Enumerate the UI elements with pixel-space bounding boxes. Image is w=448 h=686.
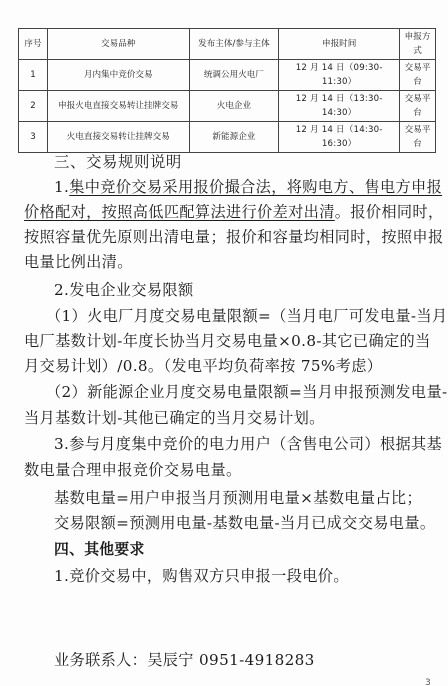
cell-trade-type: 火电直接交易转让挂牌交易: [47, 122, 189, 153]
cell-time: 12 月 14 日（13:30-14:30）: [279, 91, 400, 122]
section-4-heading: 四、其他要求: [54, 540, 438, 560]
rule-1-number: 1.: [54, 178, 69, 196]
table-row: 1 月内集中竞价交易 统调公用火电厂 12 月 14 日（09:30-11:30…: [19, 60, 436, 91]
cell-no: 3: [19, 122, 48, 153]
contact-name: 吴辰宁: [147, 651, 194, 669]
rule-2-item-1-line-2: 电厂基数计划-年度长协当月交易电量×0.8-其它已确定的当: [24, 331, 436, 351]
cell-mode: 交易平台: [400, 60, 436, 91]
rule-2-item-1-line-3: 月交易计划）/0.8。（发电平均负荷率按 75%考虑）: [24, 356, 436, 376]
trade-schedule-table: 序号 交易品种 发布主体/参与主体 申报时间 申报方式 1 月内集中竞价交易 统…: [18, 28, 436, 153]
rule-3-formula-2: 交易限额=预测用电量-基数电量-当月已成交交易电量。: [54, 513, 438, 533]
rule-2-title: 2.发电企业交易限额: [54, 280, 438, 300]
cell-time: 12 月 14 日（14:30-16:30）: [279, 122, 400, 153]
rule-1-line-3: 按照容量优先原则出清电量；报价和容量均相同时，按照申报: [24, 227, 436, 247]
cell-publisher: 火电企业: [189, 91, 279, 122]
cell-no: 2: [19, 91, 48, 122]
cell-publisher: 统调公用火电厂: [189, 60, 279, 91]
section-3-heading: 三、交易规则说明: [54, 152, 438, 172]
rule-2-item-2-line-1: （2）新能源企业月度交易电量限额=当月申报预测发电量-: [46, 382, 430, 402]
header-mode: 申报方式: [400, 29, 436, 60]
page-number: 3: [425, 678, 431, 686]
rule-2-item-2-line-2: 当月基数计划-其他已确定的当月交易计划。: [24, 408, 436, 428]
rule-3-line-1: 3.参与月度集中竞价的电力用户（含售电公司）根据其基: [54, 434, 438, 454]
header-publisher: 发布主体/参与主体: [189, 29, 279, 60]
rule-3-line-2: 数电量合理申报竞价交易电量。: [24, 460, 436, 480]
rule-1-line-2: 价格配对，按照高低匹配算法进行价差对出清。报价相同时，: [24, 202, 436, 222]
contact-phone: 0951-4918283: [199, 651, 315, 669]
contact-label: 业务联系人：: [54, 651, 147, 669]
cell-mode: 交易平台: [400, 91, 436, 122]
cell-no: 1: [19, 60, 48, 91]
rule-1-line-4: 电量比例出清。: [24, 252, 436, 272]
rule-2-item-1-line-1: （1）火电厂月度交易电量限额=（当月电厂可发电量-当月: [46, 306, 430, 326]
table-row: 3 火电直接交易转让挂牌交易 新能源企业 12 月 14 日（14:30-16:…: [19, 122, 436, 153]
table-row: 2 申报火电直接交易转让挂牌交易 火电企业 12 月 14 日（13:30-14…: [19, 91, 436, 122]
rule-1-underlined-text-2: 价格配对，按照高低匹配算法进行价差对出清: [24, 203, 335, 221]
contact-line: 业务联系人：吴辰宁 0951-4918283: [54, 650, 438, 670]
document-page: 序号 交易品种 发布主体/参与主体 申报时间 申报方式 1 月内集中竞价交易 统…: [0, 0, 448, 686]
cell-publisher: 新能源企业: [189, 122, 279, 153]
cell-trade-type: 申报火电直接交易转让挂牌交易: [47, 91, 189, 122]
table-header-row: 序号 交易品种 发布主体/参与主体 申报时间 申报方式: [19, 29, 436, 60]
rule-1-underlined-text: 集中竞价交易采用报价撮合法，将购电方、售电方申报: [69, 178, 442, 196]
cell-time: 12 月 14 日（09:30-11:30）: [279, 60, 400, 91]
rule-3-formula-1: 基数电量=用户申报当月预测用电量×基数电量占比；: [54, 488, 438, 508]
cell-trade-type: 月内集中竞价交易: [47, 60, 189, 91]
header-trade-type: 交易品种: [47, 29, 189, 60]
rule-1-line-1: 1.集中竞价交易采用报价撮合法，将购电方、售电方申报: [54, 177, 438, 197]
header-no: 序号: [19, 29, 48, 60]
rule-1-text: 。报价相同时，: [335, 203, 444, 221]
header-time: 申报时间: [279, 29, 400, 60]
cell-mode: 交易平台: [400, 122, 436, 153]
section-4-item-1: 1.竞价交易中，购售双方只申报一段电价。: [54, 566, 438, 586]
